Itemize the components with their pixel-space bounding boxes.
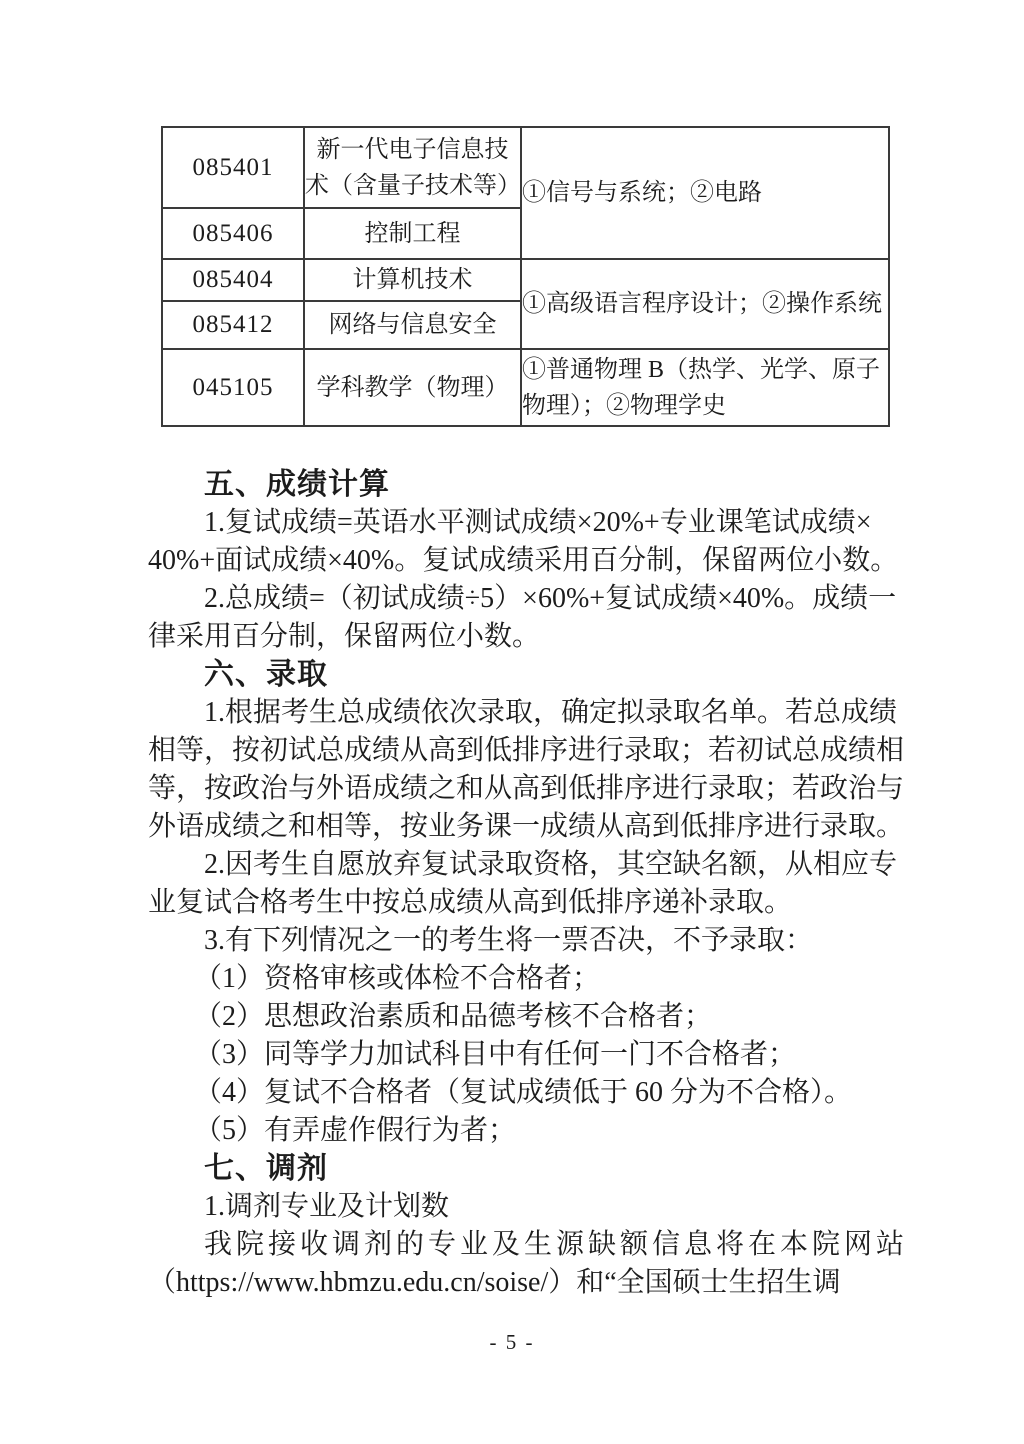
major-name: 控制工程 — [304, 208, 521, 259]
text-line: （4）复试不合格者（复试成绩低于 60 分为不合格）。 — [148, 1074, 904, 1112]
text-line: 等，按政治与外语成绩之和从高到低排序进行录取；若政治与 — [148, 770, 904, 808]
majors-table: 085401 新一代电子信息技 术（含量子技术等） ①信号与系统；②电路 085… — [161, 126, 890, 427]
text-line: 1.根据考生总成绩依次录取，确定拟录取名单。若总成绩 — [148, 694, 904, 732]
major-name: 学科教学（物理） — [304, 349, 521, 426]
major-code: 085401 — [162, 127, 304, 208]
page-number: - 5 - — [0, 1330, 1024, 1355]
text-line: 律采用百分制，保留两位小数。 — [148, 618, 904, 656]
section-heading: 七、调剂 — [148, 1150, 904, 1188]
exam-subjects: ①高级语言程序设计；②操作系统 — [521, 259, 889, 349]
major-name: 新一代电子信息技 术（含量子技术等） — [304, 127, 521, 208]
major-name: 计算机技术 — [304, 259, 521, 301]
text-line: （1）资格审核或体检不合格者； — [148, 960, 904, 998]
major-code: 085406 — [162, 208, 304, 259]
text-line: （2）思想政治素质和品德考核不合格者； — [148, 998, 904, 1036]
document-body: 五、成绩计算1.复试成绩=英语水平测试成绩×20%+专业课笔试成绩×40%+面试… — [148, 466, 904, 1302]
text-line: （https://www.hbmzu.edu.cn/soise/）和“全国硕士生… — [148, 1264, 904, 1302]
exam-subjects: ①信号与系统；②电路 — [521, 127, 889, 259]
text-line: 我院接收调剂的专业及生源缺额信息将在本院网站 — [148, 1226, 904, 1264]
document-page: 085401 新一代电子信息技 术（含量子技术等） ①信号与系统；②电路 085… — [0, 0, 1024, 1444]
major-code: 085412 — [162, 301, 304, 349]
text-line: 40%+面试成绩×40%。复试成绩采用百分制，保留两位小数。 — [148, 542, 904, 580]
text-line: 1.复试成绩=英语水平测试成绩×20%+专业课笔试成绩× — [148, 504, 904, 542]
section-heading: 六、录取 — [148, 656, 904, 694]
table-row: 045105 学科教学（物理） ①普通物理 B（热学、光学、原子 物理）；②物理… — [162, 349, 889, 426]
major-name: 网络与信息安全 — [304, 301, 521, 349]
text-line: （5）有弄虚作假行为者； — [148, 1112, 904, 1150]
exam-subjects: ①普通物理 B（热学、光学、原子 物理）；②物理学史 — [521, 349, 889, 426]
text-line: 业复试合格考生中按总成绩从高到低排序递补录取。 — [148, 884, 904, 922]
section-heading: 五、成绩计算 — [148, 466, 904, 504]
text-line: （3）同等学力加试科目中有任何一门不合格者； — [148, 1036, 904, 1074]
text-line: 3.有下列情况之一的考生将一票否决，不予录取： — [148, 922, 904, 960]
major-code: 085404 — [162, 259, 304, 301]
text-line: 相等，按初试总成绩从高到低排序进行录取；若初试总成绩相 — [148, 732, 904, 770]
text-line: 外语成绩之和相等，按业务课一成绩从高到低排序进行录取。 — [148, 808, 904, 846]
table-row: 085401 新一代电子信息技 术（含量子技术等） ①信号与系统；②电路 — [162, 127, 889, 208]
text-line: 1.调剂专业及计划数 — [148, 1188, 904, 1226]
table-row: 085404 计算机技术 ①高级语言程序设计；②操作系统 — [162, 259, 889, 301]
text-line: 2.总成绩=（初试成绩÷5）×60%+复试成绩×40%。成绩一 — [148, 580, 904, 618]
text-line: 2.因考生自愿放弃复试录取资格，其空缺名额，从相应专 — [148, 846, 904, 884]
major-code: 045105 — [162, 349, 304, 426]
